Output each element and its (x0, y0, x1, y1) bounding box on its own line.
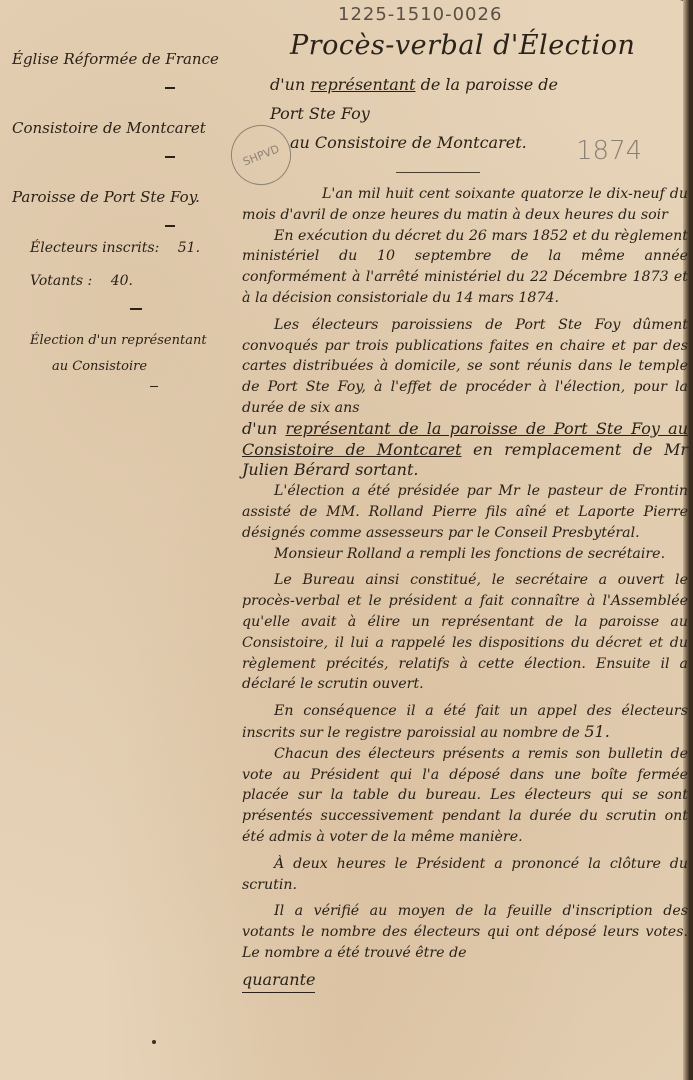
subtitle-text: de la paroisse de (416, 75, 559, 94)
paragraph-bureau: L'élection a été présidée par Mr le past… (242, 481, 688, 543)
church-name: Église Réformée de France (12, 42, 227, 77)
subtitle-text: d'un (270, 75, 310, 94)
header-rule (396, 172, 480, 173)
archive-number: 1225-1510-0026 (338, 4, 502, 25)
subtitle-underlined: représentant (310, 75, 415, 94)
manuscript-page: 1225-1510-0026 Procès-verbal d'Élection … (0, 0, 689, 1080)
ink-spot (152, 1040, 156, 1044)
separator-dash (150, 386, 158, 388)
election-stats: Électeurs inscrits: 51. Votants : 40. Él… (30, 232, 230, 387)
roll-call-number: 51. (584, 722, 609, 741)
registered-voters: Électeurs inscrits: 51. (30, 232, 230, 265)
paragraph-object: d'un représentant de la paroisse de Port… (242, 419, 688, 481)
paragraph-voting: Chacun des électeurs présents a remis so… (242, 744, 688, 848)
registered-label: Électeurs inscrits: (30, 240, 159, 256)
votes-cast: Votants : 40. (30, 265, 230, 298)
document-title: Procès-verbal d'Élection (290, 30, 635, 61)
pencil-year-note: 1874 (576, 136, 642, 166)
voters-value: 40. (111, 273, 133, 289)
separator-dash (12, 146, 227, 180)
election-subject-line-2: au Consistoire (30, 354, 230, 380)
separator-dash (12, 77, 227, 111)
roll-call-text: En conséquence il a été fait un appel de… (242, 703, 688, 741)
paragraph-legal-basis: En exécution du décret du 26 mars 1852 e… (242, 226, 688, 309)
subtitle-line-1: d'un représentant de la paroisse de (270, 70, 680, 99)
paragraph-secretary: Monsieur Rolland a rempli les fonctions … (242, 544, 688, 565)
registered-value: 51. (178, 240, 200, 256)
object-text: d'un (242, 419, 285, 438)
paragraph-count: Il a vérifié au moyen de la feuille d'in… (242, 901, 688, 963)
paragraph-result: quarante (242, 970, 688, 994)
parish-name: Paroisse de Port Ste Foy. (12, 180, 227, 215)
vote-count-word: quarante (242, 970, 315, 994)
paragraph-date: L'an mil huit cent soixante quatorze le … (242, 184, 688, 226)
subtitle-line-2: Port Ste Foy (270, 99, 680, 128)
left-margin-header: Église Réformée de France Consistoire de… (12, 42, 227, 249)
consistory-name: Consistoire de Montcaret (12, 111, 227, 146)
separator-dash (130, 308, 142, 310)
election-subject-line-1: Élection d'un représentant (30, 328, 230, 354)
paragraph-convocation: Les électeurs paroissiens de Port Ste Fo… (242, 315, 688, 419)
paragraph-opening: Le Bureau ainsi constitué, le secrétaire… (242, 570, 688, 695)
paragraph-closing: À deux heures le Président a prononcé la… (242, 854, 688, 896)
voters-label: Votants : (30, 273, 92, 289)
minutes-body: L'an mil huit cent soixante quatorze le … (242, 184, 688, 993)
paragraph-roll-call: En conséquence il a été fait un appel de… (242, 701, 688, 744)
